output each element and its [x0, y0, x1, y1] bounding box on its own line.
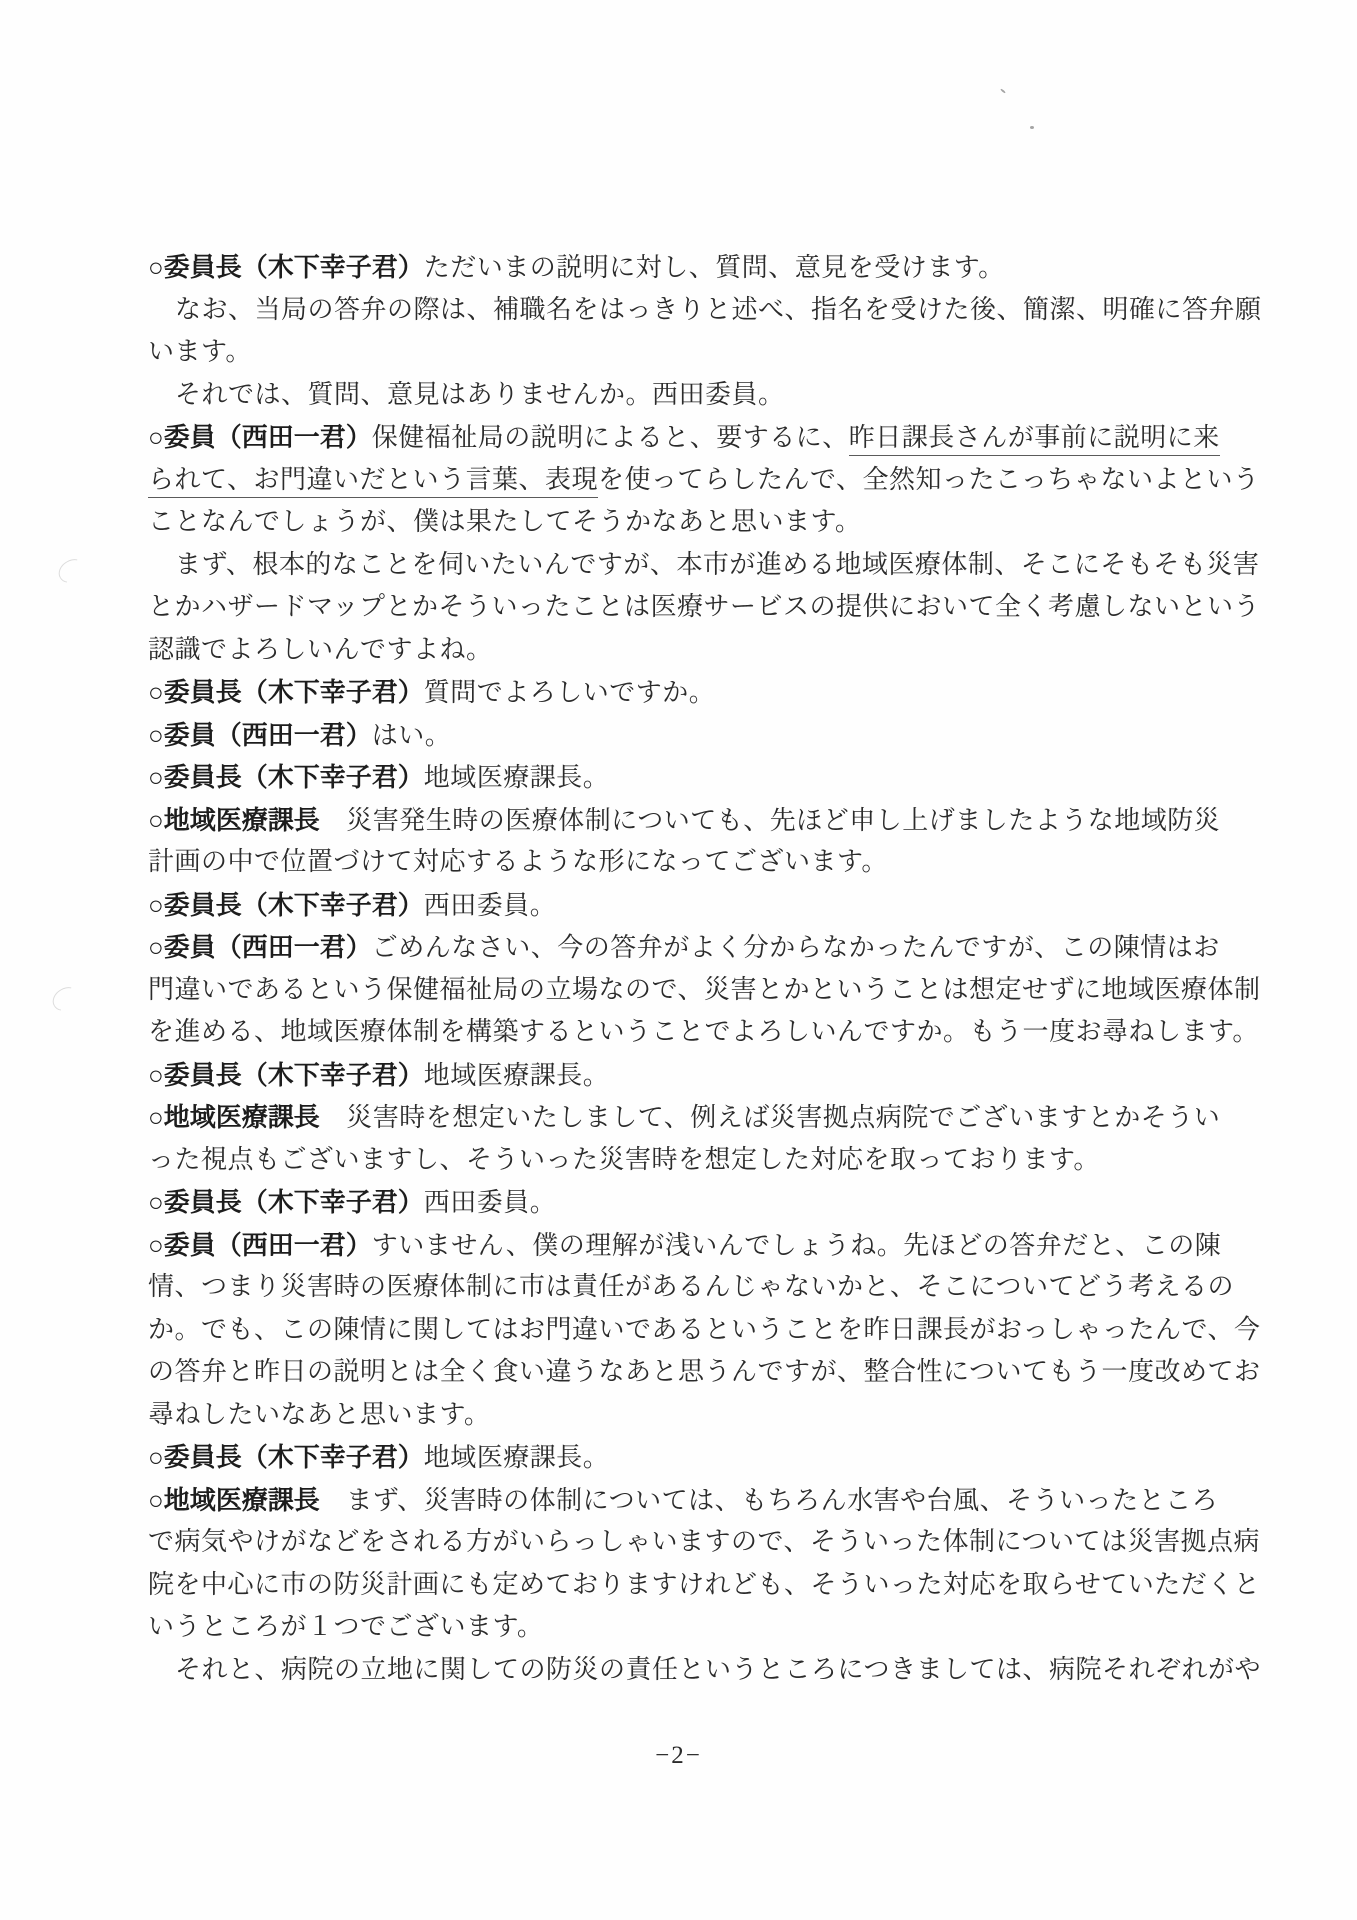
transcript-line: ○地域医療課長 災害発生時の医療体制についても、先ほど申し上げましたような地域防… — [148, 799, 1223, 842]
body-text: 認識でよろしいんですよね。 — [148, 635, 493, 664]
page-number: −2− — [0, 1742, 1357, 1770]
transcript-line: いうところが１つでございます。 — [148, 1606, 1223, 1649]
transcript-line: それでは、質問、意見はありませんか。西田委員。 — [148, 374, 1223, 417]
transcript-line: それと、病院の立地に関しての防災の責任というところにつきましては、病院それぞれが… — [148, 1649, 1223, 1692]
scan-speck-icon — [1030, 126, 1034, 129]
scan-smudge-icon — [48, 982, 83, 1015]
speaker-name: ○委員長（木下幸子君） — [148, 1060, 424, 1090]
body-text: 西田委員。 — [424, 1188, 557, 1217]
transcript-line: ○委員長（木下幸子君）ただいまの説明に対し、質問、意見を受けます。 — [148, 246, 1223, 289]
body-text: 地域医療課長。 — [424, 1061, 610, 1090]
transcript-line: ○地域医療課長 災害時を想定いたしまして、例えば災害拠点病院でございますとかそう… — [148, 1096, 1223, 1139]
underlined-text: られて、お門違いだという言葉、表現 — [148, 465, 598, 498]
speaker-name: ○委員（西田一君） — [148, 422, 372, 452]
transcript-line: ○委員長（木下幸子君）地域医療課長。 — [148, 756, 1223, 799]
body-text: 保健福祉局の説明によると、要するに、 — [372, 423, 849, 452]
body-text: 門違いであるという保健福祉局の立場なので、災害とかということは想定せずに地域医療… — [148, 975, 1260, 1004]
body-text: 院を中心に市の防災計画にも定めておりますけれども、そういった対応を取らせていただ… — [148, 1570, 1260, 1599]
speaker-name: ○委員長（木下幸子君） — [148, 252, 424, 282]
speaker-name: ○委員（西田一君） — [148, 1230, 372, 1260]
transcript-line: で病気やけがなどをされる方がいらっしゃいますので、そういった体制については災害拠… — [148, 1521, 1223, 1564]
body-text: を進める、地域医療体制を構築するということでよろしいんですか。もう一度お尋ねしま… — [148, 1017, 1259, 1046]
transcript-line: 門違いであるという保健福祉局の立場なので、災害とかということは想定せずに地域医療… — [148, 969, 1223, 1012]
transcript-line: なお、当局の答弁の際は、補職名をはっきりと述べ、指名を受けた後、簡潔、明確に答弁… — [148, 289, 1223, 332]
body-text: すいません、僕の理解が浅いんでしょうね。先ほどの答弁だと、この陳 — [372, 1231, 1222, 1260]
body-text: それでは、質問、意見はありませんか。西田委員。 — [175, 380, 785, 409]
body-text: 情、つまり災害時の医療体制に市は責任があるんじゃないかと、そこについてどう考える… — [148, 1272, 1234, 1301]
transcript-line: ○委員長（木下幸子君）西田委員。 — [148, 1181, 1223, 1224]
speaker-name: ○地域医療課長 — [148, 805, 320, 835]
speaker-name: ○委員長（木下幸子君） — [148, 677, 424, 707]
transcript-line: 尋ねしたいなあと思います。 — [148, 1394, 1223, 1437]
transcript-line: ○委員長（木下幸子君）地域医療課長。 — [148, 1054, 1223, 1097]
transcript-line: ○委員長（木下幸子君）地域医療課長。 — [148, 1436, 1223, 1479]
body-text: 質問でよろしいですか。 — [424, 678, 716, 707]
transcript-line: ○委員（西田一君）すいません、僕の理解が浅いんでしょうね。先ほどの答弁だと、この… — [148, 1224, 1223, 1267]
body-text: 西田委員。 — [424, 891, 557, 920]
body-text: とかハザードマップとかそういったことは医療サービスの提供において全く考慮しないと… — [148, 592, 1260, 621]
body-text: なお、当局の答弁の際は、補職名をはっきりと述べ、指名を受けた後、簡潔、明確に答弁… — [175, 295, 1262, 324]
meeting-transcript-body: ○委員長（木下幸子君）ただいまの説明に対し、質問、意見を受けます。なお、当局の答… — [148, 246, 1223, 1691]
scanned-document-page: ○委員長（木下幸子君）ただいまの説明に対し、質問、意見を受けます。なお、当局の答… — [0, 0, 1357, 1920]
body-text: ただいまの説明に対し、質問、意見を受けます。 — [424, 253, 1005, 282]
transcript-line: ○委員（西田一君）保健福祉局の説明によると、要するに、昨日課長さんが事前に説明に… — [148, 416, 1223, 459]
body-text: まず、災害時の体制については、もちろん水害や台風、そういったところ — [320, 1486, 1218, 1515]
body-text: それと、病院の立地に関しての防災の責任というところにつきましては、病院それぞれが… — [175, 1655, 1261, 1684]
transcript-line: ○委員長（木下幸子君）西田委員。 — [148, 884, 1223, 927]
speaker-name: ○地域医療課長 — [148, 1485, 320, 1515]
body-text: った視点もございますし、そういった災害時を想定した対応を取っております。 — [148, 1145, 1100, 1174]
speaker-name: ○地域医療課長 — [148, 1102, 320, 1132]
transcript-line: 情、つまり災害時の医療体制に市は責任があるんじゃないかと、そこについてどう考える… — [148, 1266, 1223, 1309]
transcript-line: とかハザードマップとかそういったことは医療サービスの提供において全く考慮しないと… — [148, 586, 1223, 629]
body-text: 災害時を想定いたしまして、例えば災害拠点病院でございますとかそうい — [320, 1103, 1220, 1132]
transcript-line: 計画の中で位置づけて対応するような形になってございます。 — [148, 841, 1223, 884]
body-text: 地域医療課長。 — [424, 1443, 610, 1472]
body-text: ことなんでしょうが、僕は果たしてそうかなあと思います。 — [148, 507, 861, 536]
scan-speck-icon — [1000, 88, 1006, 93]
body-text: 地域医療課長。 — [424, 763, 610, 792]
body-text: で病気やけがなどをされる方がいらっしゃいますので、そういった体制については災害拠… — [148, 1527, 1260, 1556]
body-text: 計画の中で位置づけて対応するような形になってございます。 — [148, 847, 888, 876]
body-text: を使ってらしたんで、全然知ったこっちゃないよという — [598, 465, 1259, 494]
transcript-line: の答弁と昨日の説明とは全く食い違うなあと思うんですが、整合性についてもう一度改め… — [148, 1351, 1223, 1394]
transcript-line: います。 — [148, 331, 1223, 374]
speaker-name: ○委員長（木下幸子君） — [148, 890, 424, 920]
body-text: 災害発生時の医療体制についても、先ほど申し上げましたような地域防災 — [320, 806, 1220, 835]
speaker-name: ○委員長（木下幸子君） — [148, 1442, 424, 1472]
body-text: ごめんなさい、今の答弁がよく分からなかったんですが、この陳情はお — [372, 933, 1220, 962]
underlined-text: 昨日課長さんが事前に説明に来 — [849, 423, 1220, 456]
transcript-line: ことなんでしょうが、僕は果たしてそうかなあと思います。 — [148, 501, 1223, 544]
speaker-name: ○委員長（木下幸子君） — [148, 762, 424, 792]
transcript-line: を進める、地域医療体制を構築するということでよろしいんですか。もう一度お尋ねしま… — [148, 1011, 1223, 1054]
speaker-name: ○委員長（木下幸子君） — [148, 1187, 424, 1217]
transcript-line: られて、お門違いだという言葉、表現を使ってらしたんで、全然知ったこっちゃないよと… — [148, 459, 1223, 502]
transcript-line: ○委員長（木下幸子君）質問でよろしいですか。 — [148, 671, 1223, 714]
body-text: まず、根本的なことを伺いたいんですが、本市が進める地域医療体制、そこにそもそも災… — [175, 550, 1259, 579]
transcript-line: 院を中心に市の防災計画にも定めておりますけれども、そういった対応を取らせていただ… — [148, 1564, 1223, 1607]
scan-smudge-icon — [54, 554, 89, 587]
transcript-line: 認識でよろしいんですよね。 — [148, 629, 1223, 672]
body-text: はい。 — [372, 721, 452, 750]
body-text: の答弁と昨日の説明とは全く食い違うなあと思うんですが、整合性についてもう一度改め… — [148, 1357, 1260, 1386]
transcript-line: まず、根本的なことを伺いたいんですが、本市が進める地域医療体制、そこにそもそも災… — [148, 544, 1223, 587]
body-text: か。でも、この陳情に関してはお門違いであるということを昨日課長がおっしゃったんで… — [148, 1315, 1260, 1344]
transcript-line: ○委員（西田一君）はい。 — [148, 714, 1223, 757]
body-text: いうところが１つでございます。 — [148, 1612, 543, 1641]
transcript-line: ○地域医療課長 まず、災害時の体制については、もちろん水害や台風、そういったとこ… — [148, 1479, 1223, 1522]
body-text: います。 — [148, 337, 252, 366]
transcript-line: ○委員（西田一君）ごめんなさい、今の答弁がよく分からなかったんですが、この陳情は… — [148, 926, 1223, 969]
transcript-line: った視点もございますし、そういった災害時を想定した対応を取っております。 — [148, 1139, 1223, 1182]
speaker-name: ○委員（西田一君） — [148, 932, 372, 962]
transcript-line: か。でも、この陳情に関してはお門違いであるということを昨日課長がおっしゃったんで… — [148, 1309, 1223, 1352]
body-text: 尋ねしたいなあと思います。 — [148, 1400, 490, 1429]
speaker-name: ○委員（西田一君） — [148, 720, 372, 750]
